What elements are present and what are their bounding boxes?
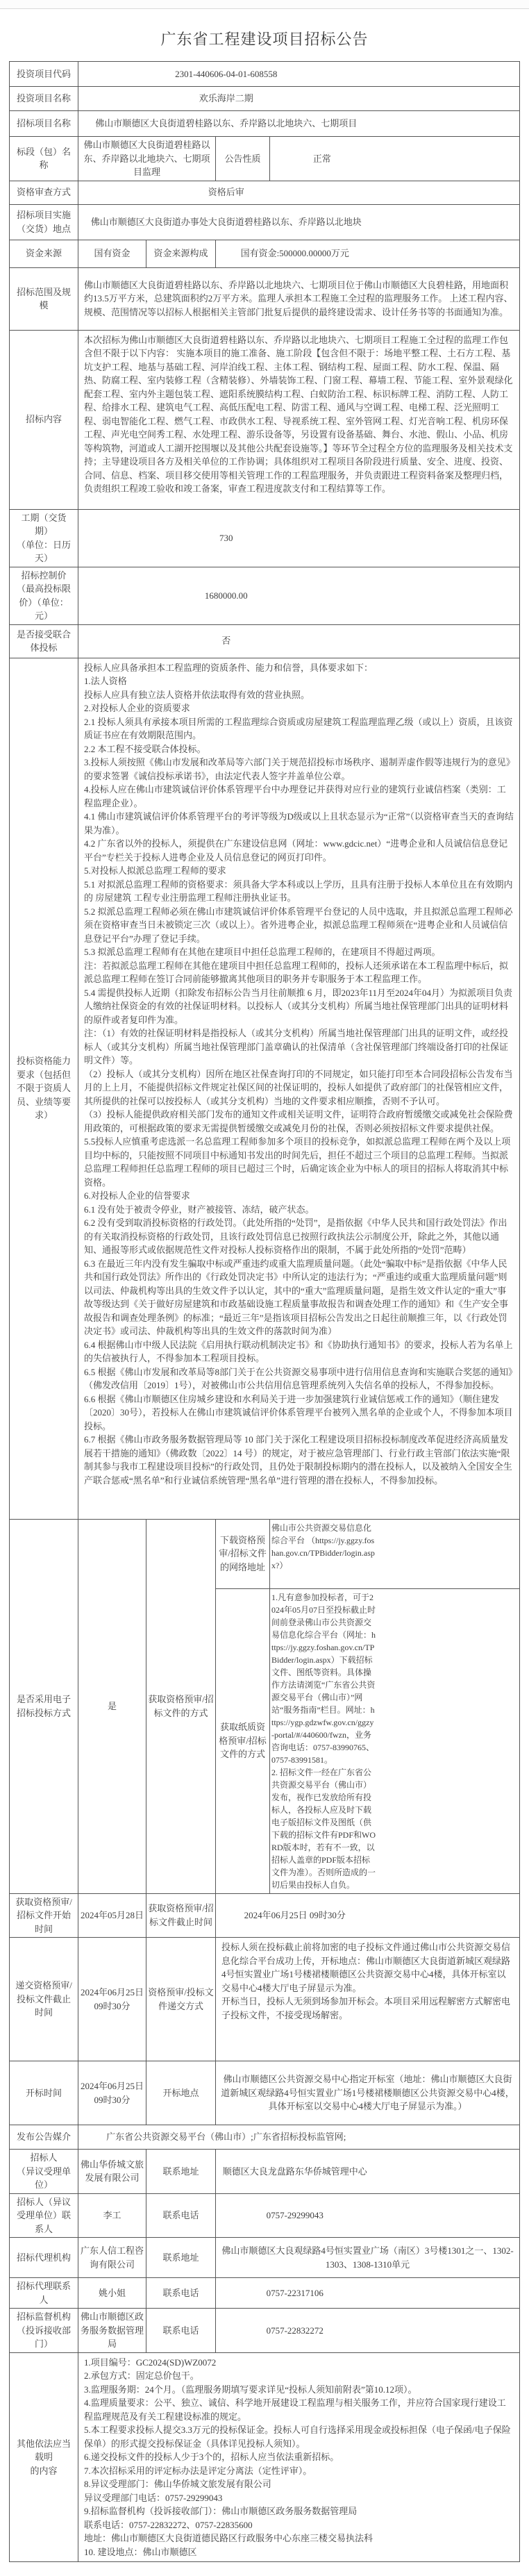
row-funding: 资金来源 国有资金 资金来源构成 国有资金:500000.00000万元 bbox=[10, 240, 520, 267]
spacer-cell bbox=[374, 181, 520, 204]
spacer-cell bbox=[374, 204, 520, 240]
download-url-cell: 佛山市公共资源交易信息化综合平台 （https://jy.ggzy.foshan… bbox=[270, 1519, 520, 1588]
row-other: 其他依法应当载明 的内容 1.项目编号：GC2024(SD)WZ0072 2.承… bbox=[10, 2352, 520, 2562]
row-consortium: 是否接受联合体投标 否 bbox=[10, 624, 520, 658]
row-supervisor: 招标监督机构 （投诉接收部门） 佛山市顺德区政务服务数据管理局 联系电话 075… bbox=[10, 2309, 520, 2353]
bid-opening-place-label: 开标地点 bbox=[146, 2061, 216, 2125]
consortium-value: 否 bbox=[78, 624, 374, 658]
row-tenderee-contact: 招标人（异议受理单位）联系人 李工 联系电话 0757-29299043 bbox=[10, 2193, 520, 2238]
spacer-cell bbox=[374, 1893, 520, 1938]
agency-value: 广东人信工程咨询有限公司 bbox=[78, 2238, 146, 2278]
obtain-method-label: 获取资格预审/招 标文件的方式 bbox=[146, 1519, 216, 1893]
qualification-review-label: 资格审查方式 bbox=[10, 181, 78, 204]
obtain-end-label: 获取资格预审/招标文件截止时间 bbox=[146, 1893, 216, 1938]
tenderee-addr-value: 顺德区大良龙盘路东华侨城管理中心 bbox=[216, 2150, 374, 2194]
row-bidder-requirements: 投标资格能力要求（包括但不限于资质人员、业绩等要求） 投标人应具备承担本工程监理… bbox=[10, 658, 520, 1519]
paper-method-value: 1.凡有意参加投标者，可于2024年05月07日至投标截止时间前登录佛山市公共资… bbox=[271, 1591, 376, 1891]
duration-label: 工期（交货期） （单位：日历天） bbox=[10, 509, 78, 567]
media-value: 广东省公共资源交易平台（佛山市）;广东省招标投标监管网; bbox=[78, 2125, 374, 2150]
supervisor-phone-value: 0757-22832272 bbox=[216, 2309, 374, 2353]
spacer-cell bbox=[374, 111, 520, 137]
tenderee-value: 佛山华侨城文旅发展有限公司 bbox=[78, 2150, 146, 2194]
qualification-review-value: 资格后审 bbox=[78, 181, 374, 204]
supervisor-value: 佛山市顺德区政务服务数据管理局 bbox=[78, 2309, 146, 2353]
bid-opening-time-label: 开标时间 bbox=[10, 2061, 78, 2125]
row-project-name: 招标项目名称 佛山市顺德区大良街道碧桂路以东、乔岸路以北地块六、七期项目 bbox=[10, 111, 520, 137]
price-cap-label: 招标控制价（最高投标限价）（单位：元） bbox=[10, 567, 78, 624]
supervisor-phone-label: 联系电话 bbox=[146, 2309, 216, 2353]
row-scope: 招标范围及规模 佛山市顺德区大良街道碧桂路以东、乔岸路以北地块六、七期项目位于佛… bbox=[10, 267, 520, 330]
spacer-cell bbox=[374, 567, 520, 624]
spacer-cell bbox=[374, 2125, 520, 2150]
content-value: 本次招标为佛山市顺德区大良街道碧桂路以东、乔岸路以北地块六、七期项目工程施工全过… bbox=[78, 330, 520, 509]
submission-method-label: 资格预审/投标文件递交方式 bbox=[146, 1938, 216, 2061]
spacer-cell bbox=[374, 2309, 520, 2353]
section-value: 佛山市顺德区大良街道碧桂路以东、乔岸路以北地块六、七期项目监理 bbox=[78, 137, 216, 181]
funding-composition-value: 国有资金:500000.00000万元 bbox=[216, 240, 374, 267]
tenderee-addr-label: 联系地址 bbox=[146, 2150, 216, 2194]
bid-opening-time-value: 2024年06月25日 09时30分 bbox=[78, 2061, 146, 2125]
obtain-end-value: 2024年06月25日 09时30分 bbox=[216, 1893, 374, 1938]
tenderee-label: 招标人 （异议受理单位） bbox=[10, 2150, 78, 2194]
spacer-cell bbox=[374, 87, 520, 111]
row-location: 招标项目实施 （交货）地点 佛山市顺德区大良街道办事处大良街道碧桂路以东、乔岸路… bbox=[10, 204, 520, 240]
spacer-cell bbox=[374, 2193, 520, 2238]
section-label: 标段（包）名称 bbox=[10, 137, 78, 181]
spacer-cell bbox=[374, 2278, 520, 2309]
tenderee-phone-label: 联系电话 bbox=[146, 2193, 216, 2238]
announcement-nature-label: 公告性质 bbox=[216, 137, 270, 181]
obtain-start-value: 2024年05月28日 bbox=[78, 1893, 146, 1938]
funding-composition-label: 资金来源构成 bbox=[146, 240, 216, 267]
row-investment-code: 投资项目代码 2301-440606-04-01-608558 bbox=[10, 62, 520, 87]
investment-name-value: 欢乐海岸二期 bbox=[78, 87, 374, 111]
row-content: 招标内容 本次招标为佛山市顺德区大良街道碧桂路以东、乔岸路以北地块六、七期项目工… bbox=[10, 330, 520, 509]
bid-opening-place-value: 佛山市顺德区公共资源交易中心指定开标室（地址：佛山市顺德区大良街道新城区观绿路4… bbox=[216, 2061, 520, 2125]
page-top-strip bbox=[0, 0, 529, 9]
funding-label: 资金来源 bbox=[10, 240, 78, 267]
investment-code-value: 2301-440606-04-01-608558 bbox=[78, 62, 374, 87]
tenderee-contact-value: 李工 bbox=[78, 2193, 146, 2238]
row-agency-contact: 招标代理联系人 姚小姐 联系电话 0757-22317106 bbox=[10, 2278, 520, 2309]
agency-addr-label: 联系地址 bbox=[146, 2238, 216, 2278]
price-cap-value: 1680000.00 bbox=[78, 567, 374, 624]
tenderee-contact-label: 招标人（异议受理单位）联系人 bbox=[10, 2193, 78, 2238]
paper-method-cell: 1.凡有意参加投标者，可于2024年05月07日至投标截止时间前登录佛山市公共资… bbox=[270, 1588, 520, 1893]
consortium-label: 是否接受联合体投标 bbox=[10, 624, 78, 658]
bidder-requirements-value: 投标人应具备承担本工程监理的资质条件、能力和信誉，具体要求如下： 1.法人资格 … bbox=[78, 658, 520, 1519]
row-price-cap: 招标控制价（最高投标限价）（单位：元） 1680000.00 bbox=[10, 567, 520, 624]
page-title: 广东省工程建设项目招标公告 bbox=[0, 28, 529, 49]
e-bidding-label: 是否采用电子 招标投标方式 bbox=[10, 1519, 78, 1893]
investment-code-label: 投资项目代码 bbox=[10, 62, 78, 87]
agency-label: 招标代理机构 bbox=[10, 2238, 78, 2278]
row-agency: 招标代理机构 广东人信工程咨询有限公司 联系地址 佛山市顺德区大良观绿路4号恒实… bbox=[10, 2238, 520, 2278]
row-qualification-review: 资格审查方式 资格后审 bbox=[10, 181, 520, 204]
row-e-bidding-download: 是否采用电子 招标投标方式 是 获取资格预审/招 标文件的方式 下载资格预审/招… bbox=[10, 1519, 520, 1588]
submission-method-value: 投标人须在投标截止前将加密的电子投标文件通过佛山市公共资源交易信息化综合平台成功… bbox=[216, 1938, 520, 2061]
paper-method-label: 获取纸质资格预审/招标文件的方式 bbox=[216, 1588, 270, 1893]
row-obtain-time: 获取资格预审/招标文件开始时间 2024年05月28日 获取资格预审/招标文件截… bbox=[10, 1893, 520, 1938]
submission-deadline-value: 2024年06月25日 09时30分 bbox=[78, 1938, 146, 2061]
spacer-cell bbox=[374, 509, 520, 567]
project-name-label: 招标项目名称 bbox=[10, 111, 78, 137]
obtain-start-label: 获取资格预审/招标文件开始时间 bbox=[10, 1893, 78, 1938]
scope-value: 佛山市顺德区大良街道碧桂路以东、乔岸路以北地块六、七期项目位于佛山市顺德区大良碧… bbox=[78, 267, 520, 330]
other-value: 1.项目编号：GC2024(SD)WZ0072 2.承包方式：固定总价包干。 3… bbox=[78, 2352, 520, 2562]
media-label: 发布公告媒介 bbox=[10, 2125, 78, 2150]
announcement-nature-value: 正常 bbox=[270, 137, 374, 181]
agency-addr-value: 佛山市顺德区大良观绿路4号恒实置业广场（南区）3号楼1301之一、1302-13… bbox=[216, 2238, 520, 2278]
funding-value: 国有资金 bbox=[78, 240, 146, 267]
project-name-value: 佛山市顺德区大良街道碧桂路以东、乔岸路以北地块六、七期项目 bbox=[78, 111, 374, 137]
investment-name-label: 投资项目名称 bbox=[10, 87, 78, 111]
duration-value: 730 bbox=[78, 509, 374, 567]
row-bid-opening: 开标时间 2024年06月25日 09时30分 开标地点 佛山市顺德区公共资源交… bbox=[10, 2061, 520, 2125]
row-investment-name: 投资项目名称 欢乐海岸二期 bbox=[10, 87, 520, 111]
supervisor-label: 招标监督机构 （投诉接收部门） bbox=[10, 2309, 78, 2353]
spacer-cell bbox=[374, 137, 520, 181]
download-url-value: 佛山市公共资源交易信息化综合平台 （https://jy.ggzy.foshan… bbox=[271, 1522, 376, 1572]
row-section: 标段（包）名称 佛山市顺德区大良街道碧桂路以东、乔岸路以北地块六、七期项目监理 … bbox=[10, 137, 520, 181]
location-label: 招标项目实施 （交货）地点 bbox=[10, 204, 78, 240]
e-bidding-value: 是 bbox=[78, 1519, 146, 1893]
spacer-cell bbox=[374, 2150, 520, 2194]
location-value: 佛山市顺德区大良街道办事处大良街道碧桂路以东、乔岸路以北地块 bbox=[78, 204, 374, 240]
download-url-label: 下载资格预审/招标文件的网络地址 bbox=[216, 1519, 270, 1588]
tenderee-phone-value: 0757-29299043 bbox=[216, 2193, 374, 2238]
scope-label: 招标范围及规模 bbox=[10, 267, 78, 330]
row-submission: 递交资格预审/投标文件截止时间 2024年06月25日 09时30分 资格预审/… bbox=[10, 1938, 520, 2061]
submission-deadline-label: 递交资格预审/投标文件截止时间 bbox=[10, 1938, 78, 2061]
agency-phone-label: 联系电话 bbox=[146, 2278, 216, 2309]
spacer-cell bbox=[374, 624, 520, 658]
agency-contact-value: 姚小姐 bbox=[78, 2278, 146, 2309]
row-tenderee: 招标人 （异议受理单位） 佛山华侨城文旅发展有限公司 联系地址 顺德区大良龙盘路… bbox=[10, 2150, 520, 2194]
spacer-cell bbox=[374, 240, 520, 267]
row-duration: 工期（交货期） （单位：日历天） 730 bbox=[10, 509, 520, 567]
other-label: 其他依法应当载明 的内容 bbox=[10, 2352, 78, 2562]
announcement-table: 投资项目代码 2301-440606-04-01-608558 投资项目名称 欢… bbox=[9, 61, 520, 2562]
agency-contact-label: 招标代理联系人 bbox=[10, 2278, 78, 2309]
agency-phone-value: 0757-22317106 bbox=[216, 2278, 374, 2309]
row-media: 发布公告媒介 广东省公共资源交易平台（佛山市）;广东省招标投标监管网; bbox=[10, 2125, 520, 2150]
spacer-cell bbox=[374, 62, 520, 87]
content-label: 招标内容 bbox=[10, 330, 78, 509]
bidder-requirements-label: 投标资格能力要求（包括但不限于资质人员、业绩等要求） bbox=[10, 658, 78, 1519]
